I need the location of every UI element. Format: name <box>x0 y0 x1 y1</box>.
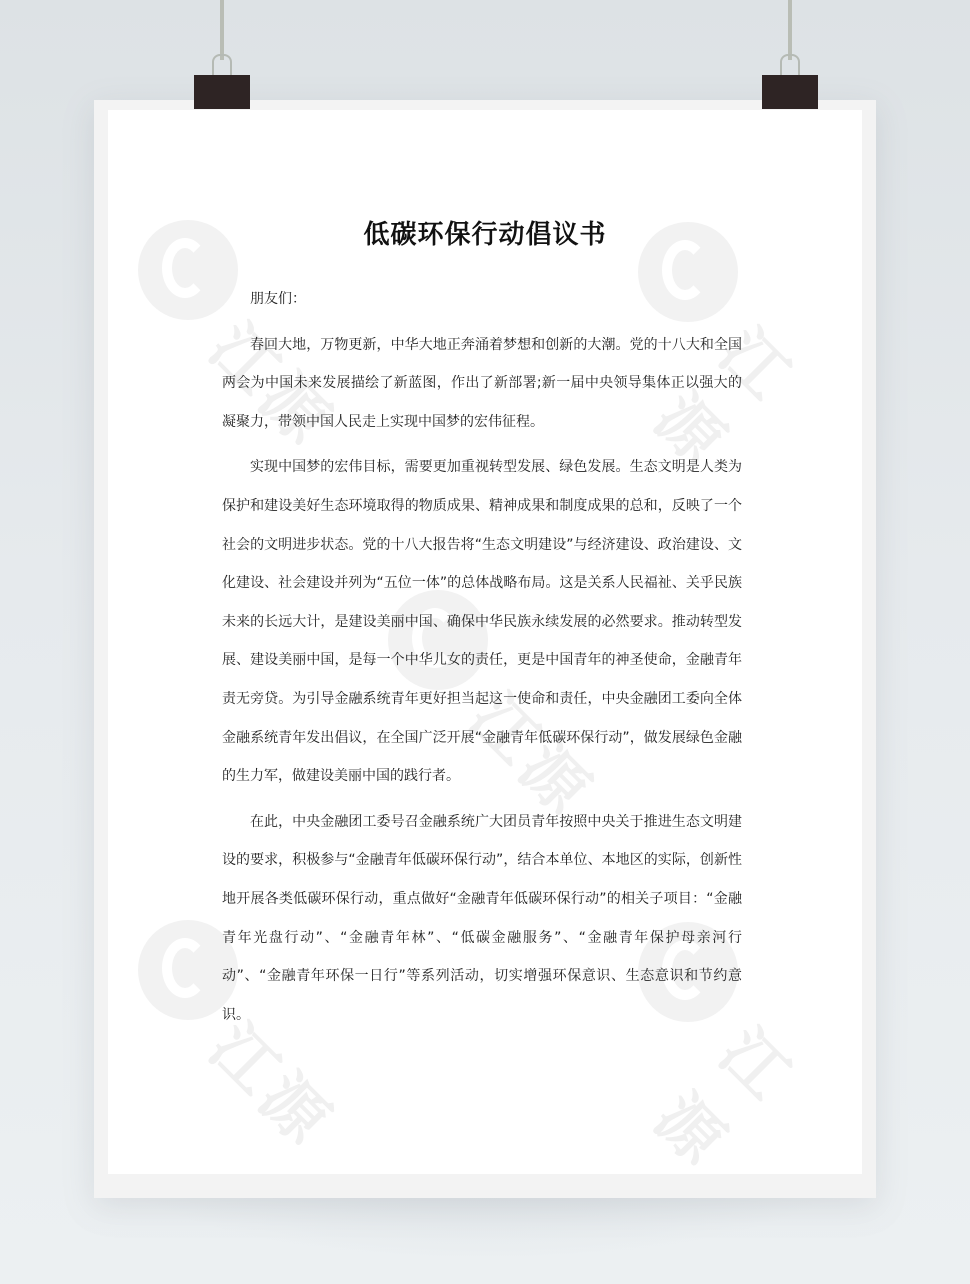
hanging-wire-left <box>220 0 224 60</box>
hanging-wire-right <box>788 0 792 60</box>
document-page: 江源 江源 江源 江源 江源 低碳环保行动倡议书 朋友们： 春回大地，万物更新，… <box>108 110 862 1174</box>
paragraph-2: 实现中国梦的宏伟目标，需要更加重视转型发展、绿色发展。生态文明是人类为保护和建设… <box>222 448 742 795</box>
binder-clip-left-icon <box>194 75 250 109</box>
document-title: 低碳环保行动倡议书 <box>108 214 862 251</box>
salutation: 朋友们： <box>222 280 742 319</box>
paragraph-3: 在此，中央金融团工委号召金融系统广大团员青年按照中央关于推进生态文明建设的要求，… <box>222 803 742 1035</box>
paragraph-1: 春回大地，万物更新，中华大地正奔涌着梦想和创新的大潮。党的十八大和全国两会为中国… <box>222 326 742 442</box>
document-body: 朋友们： 春回大地，万物更新，中华大地正奔涌着梦想和创新的大潮。党的十八大和全国… <box>222 280 742 1041</box>
binder-clip-right-icon <box>762 75 818 109</box>
